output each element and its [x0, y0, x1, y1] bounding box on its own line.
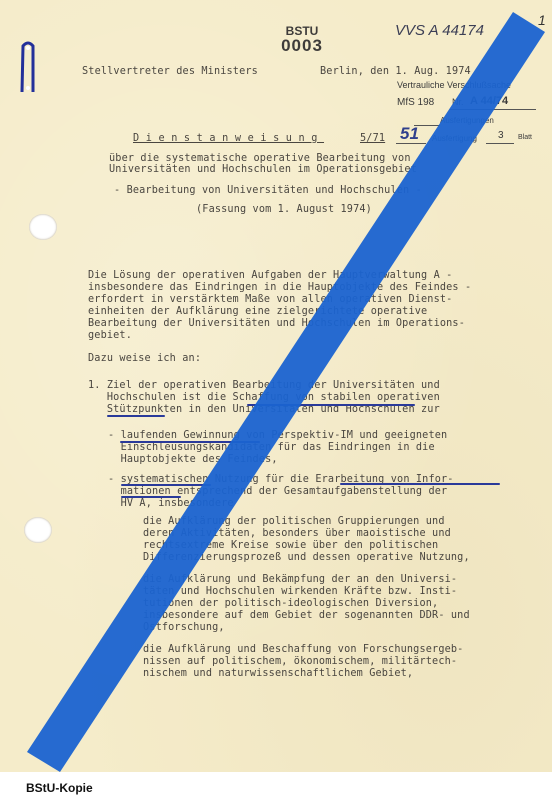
document-heading: Dienstanweisung: [133, 133, 324, 145]
ink-underline-informationen: [121, 496, 181, 498]
handwritten-corner-mark: 1: [538, 12, 546, 28]
sender-line: Stellvertreter des Ministers: [82, 66, 258, 78]
sub-line: die Aufklärung und Beschaffung von Forsc…: [143, 644, 463, 656]
place-date: Berlin, den 1. Aug. 1974: [320, 66, 471, 78]
intro-line: erfordert in verstärktem Maße von allen …: [88, 294, 452, 306]
document-page: BSTU 0003 VVS A 44174 1 Stellvertreter d…: [0, 0, 552, 772]
document-number: 5/71: [360, 133, 385, 145]
bullet-line: Hauptobjekte des Feindes,: [108, 454, 278, 466]
sub-line: deren Aktivitäten, besonders über maoist…: [143, 528, 451, 540]
intro-line: Die Lösung der operativen Aufgaben der H…: [88, 270, 452, 282]
punch-hole-bottom: [24, 517, 52, 543]
intro-line: einheiten der Aufklärung eine zielgerich…: [88, 306, 427, 318]
subtitle-line-3: - Bearbeitung von Universitäten und Hoch…: [114, 185, 422, 197]
sub-line: tutionen der politisch-ideologischen Div…: [143, 598, 438, 610]
registration-prefix: MfS 198: [397, 97, 434, 108]
registration-underline: [450, 109, 536, 110]
registration-number-label: Nr.: [452, 97, 464, 107]
archive-page-number: 0003: [260, 36, 344, 56]
heading-text: Dienstanweisung: [133, 133, 324, 144]
issue-underline: [396, 143, 426, 144]
directive-line: Dazu weise ich an:: [88, 353, 201, 365]
subtitle-line-2: Universitäten und Hochschulen im Operati…: [109, 164, 417, 176]
intro-line: Bearbeitung der Universitäten und Hochsc…: [88, 318, 465, 330]
bullet-line: - laufenden Gewinnung von Perspektiv-IM …: [108, 430, 447, 442]
ink-underline-stuetzpunkten: [107, 415, 165, 417]
version-line: (Fassung vom 1. August 1974): [196, 204, 372, 216]
sub-line: nissen auf politischem, ökonomischem, mi…: [143, 656, 457, 668]
subtitle-line-1: über die systematische operative Bearbei…: [109, 153, 411, 165]
ink-underline-gewinnung: [120, 441, 260, 443]
copy-count-underline: [486, 143, 514, 144]
sub-line: die Aufklärung und Bekämpfung der an den…: [143, 574, 457, 586]
binder-clip-mark-icon: [17, 38, 39, 94]
punch-hole-top: [29, 214, 57, 240]
sub-line: nischem und naturwissenschaftlichem Gebi…: [143, 668, 413, 680]
bullet-line: Einschleusungskandidaten für das Eindrin…: [108, 442, 435, 454]
bullet-line: HV A, insbesondere: [108, 498, 234, 510]
registration-number: A 44/74: [470, 95, 508, 107]
copy-label: Ausfertigung: [432, 134, 477, 143]
sub-line: Ostforschung,: [143, 622, 225, 634]
point-line: Hochschulen ist die Schaffung von stabil…: [88, 392, 440, 404]
sheets-label: Blatt: [518, 134, 532, 141]
sub-line: Differenzierungsprozeß und dessen operat…: [143, 552, 470, 564]
intro-line: gebiet.: [88, 330, 132, 342]
handwritten-file-reference: VVS A 44174: [395, 22, 484, 39]
intro-line: insbesondere das Eindringen in die Haupt…: [88, 282, 471, 294]
sub-line: die Aufklärung der politischen Gruppieru…: [143, 516, 445, 528]
ink-underline-schaffung: [247, 404, 415, 406]
copy-label-footer: BStU-Kopie: [26, 781, 93, 795]
copy-count: 3: [498, 130, 504, 141]
copies-label: Ausfertigungen: [440, 116, 494, 125]
sub-line: täten und Hochschulen wirkenden Kräfte b…: [143, 586, 457, 598]
sub-line: rechtsextreme Kreise sowie über den poli…: [143, 540, 438, 552]
point-line: 1. Ziel der operativen Bearbeitung der U…: [88, 380, 440, 392]
classification-stamp: Vertrauliche Verschlußsache: [397, 80, 511, 90]
ink-underline-nutzung: [121, 484, 211, 486]
handwritten-issue-number: 51: [400, 124, 419, 144]
sub-line: insbesondere auf dem Gebiet der sogenann…: [143, 610, 470, 622]
ink-underline-erarbeitung: [340, 483, 500, 485]
